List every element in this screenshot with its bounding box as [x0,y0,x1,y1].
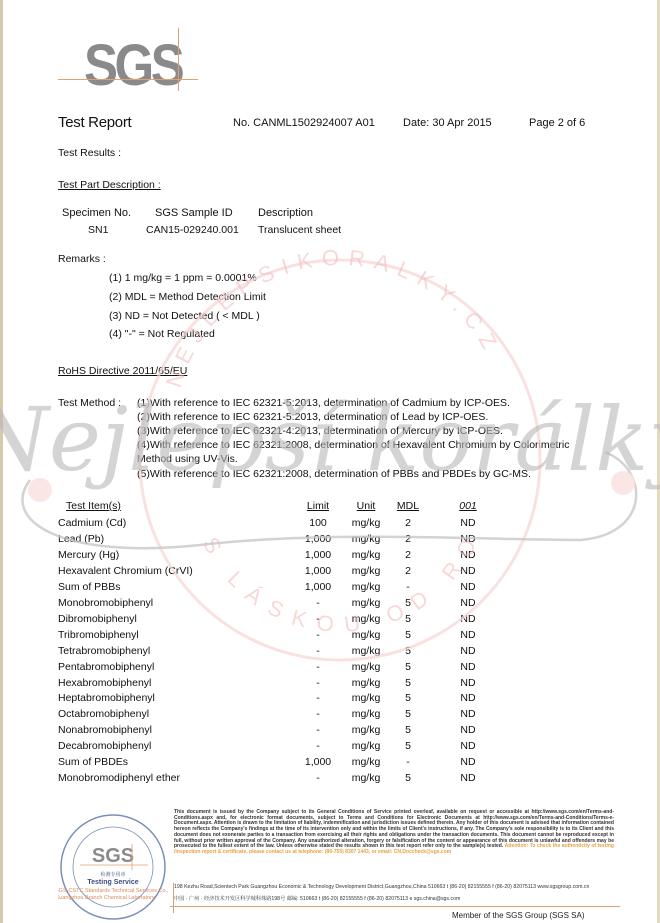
table-row: Monobromobiphenyl-mg/kg5ND [58,597,498,613]
test-item: Heptabromobiphenyl [58,692,155,704]
table-row: Hexavalent Chromium (CrVI)1,000mg/kg2ND [58,565,498,581]
specimen-header-id: SGS Sample ID [155,207,233,219]
limit-value: - [288,613,348,625]
result-value: ND [453,756,483,768]
limit-value: 1,000 [288,565,348,577]
testing-service-stamp: SGS 检测专用章 Testing Service SGS-CSTC Stand… [58,812,168,922]
limit-value: - [288,692,348,704]
test-method-line: (4)With reference to IEC 62321:2008, det… [137,439,569,451]
report-number: No. CANML1502924007 A01 [233,117,375,129]
mdl-value: 5 [393,692,423,704]
test-item: Sum of PBDEs [58,756,128,768]
test-item: Hexavalent Chromium (CrVI) [58,565,193,577]
remark-item: (1) 1 mg/kg = 1 ppm = 0.0001% [109,272,257,284]
svg-text:SGS: SGS [92,845,134,867]
limit-value: - [288,677,348,689]
test-item: Decabromobiphenyl [58,740,151,752]
unit-value: mg/kg [346,533,386,545]
svg-text:Testing Service: Testing Service [87,879,138,886]
limit-value: - [288,708,348,720]
mdl-value: 5 [393,613,423,625]
unit-value: mg/kg [346,597,386,609]
test-item: Tribromobiphenyl [58,629,139,641]
unit-value: mg/kg [346,613,386,625]
report-title: Test Report [58,114,131,131]
result-value: ND [453,597,483,609]
unit-value: mg/kg [346,677,386,689]
mdl-value: 2 [393,549,423,561]
specimen-header-description: Description [258,207,313,219]
result-value: ND [453,708,483,720]
result-value: ND [453,692,483,704]
page-edge-left [0,0,3,923]
limit-value: 1,000 [288,581,348,593]
table-row: Tribromobiphenyl-mg/kg5ND [58,629,498,645]
result-value: ND [453,581,483,593]
limit-value: - [288,645,348,657]
result-value: ND [453,613,483,625]
unit-value: mg/kg [346,581,386,593]
limit-value: - [288,661,348,673]
table-row: Pentabromobiphenyl-mg/kg5ND [58,661,498,677]
test-method-line: (5)With reference to IEC 62321:2008, det… [137,468,531,480]
mdl-value: 5 [393,597,423,609]
header-test-item: Test Item(s) [66,500,121,512]
sample-id: CAN15-029240.001 [146,224,239,236]
logo-rule-horizontal [58,79,198,80]
mdl-value: 2 [393,517,423,529]
remark-item: (4) "-" = Not Regulated [109,328,215,340]
test-item: Monobromobiphenyl [58,597,153,609]
limit-value: - [288,772,348,784]
table-row: Hexabromobiphenyl-mg/kg5ND [58,677,498,693]
unit-value: mg/kg [346,772,386,784]
mdl-value: 5 [393,724,423,736]
svg-text:检测专用章: 检测专用章 [100,871,125,878]
result-value: ND [453,533,483,545]
address-english: 198 Kezhu Road,Scientech Park Guangzhou … [174,884,589,890]
header-limit: Limit [288,500,348,512]
unit-value: mg/kg [346,645,386,657]
table-row: Decabromobiphenyl-mg/kg5ND [58,740,498,756]
remark-item: (2) MDL = Method Detection Limit [109,291,266,303]
test-method-line: (2)With reference to IEC 62321-5:2013, d… [137,411,488,423]
test-item: Pentabromobiphenyl [58,661,154,673]
table-row: Mercury (Hg)1,000mg/kg2ND [58,549,498,565]
table-row: Nonabromobiphenyl-mg/kg5ND [58,724,498,740]
footer-rule-horizontal [170,906,620,907]
result-value: ND [453,772,483,784]
result-value: ND [453,740,483,752]
mdl-value: 2 [393,565,423,577]
test-item: Lead (Pb) [58,533,104,545]
limit-value: - [288,740,348,752]
limit-value: - [288,629,348,641]
mdl-value: 5 [393,629,423,641]
unit-value: mg/kg [346,565,386,577]
legal-disclaimer: This document is issued by the Company s… [174,810,614,856]
mdl-value: 5 [393,708,423,720]
result-value: ND [453,517,483,529]
test-item: Tetrabromobiphenyl [58,645,150,657]
test-part-description-label: Test Part Description : [58,179,161,191]
mdl-value: 5 [393,772,423,784]
unit-value: mg/kg [346,517,386,529]
unit-value: mg/kg [346,708,386,720]
mdl-value: - [393,756,423,768]
table-row: Cadmium (Cd)100mg/kg2ND [58,517,498,533]
table-row: Dibromobiphenyl-mg/kg5ND [58,613,498,629]
limit-value: 100 [288,517,348,529]
mdl-value: 5 [393,677,423,689]
specimen-header-no: Specimen No. [62,207,131,219]
test-results-label: Test Results : [58,147,121,159]
table-row: Sum of PBBs1,000mg/kg-ND [58,581,498,597]
result-value: ND [453,677,483,689]
header-mdl: MDL [393,500,423,512]
unit-value: mg/kg [346,740,386,752]
result-value: ND [453,724,483,736]
unit-value: mg/kg [346,629,386,641]
mdl-value: 2 [393,533,423,545]
svg-text:SGS-CSTC Standards Technical S: SGS-CSTC Standards Technical Services Co… [58,888,168,894]
mdl-value: 5 [393,645,423,657]
sample-description: Translucent sheet [258,224,341,236]
logo-text: SGS [84,36,181,96]
table-row: Lead (Pb)1,000mg/kg2ND [58,533,498,549]
limit-value: - [288,597,348,609]
svg-text:Guangzhou Branch Chemical Labo: Guangzhou Branch Chemical Laboratory [58,895,155,901]
test-item: Octabromobiphenyl [58,708,149,720]
mdl-value: - [393,581,423,593]
test-item: Nonabromobiphenyl [58,724,152,736]
unit-value: mg/kg [346,549,386,561]
limit-value: 1,000 [288,549,348,561]
test-item: Monobromodiphenyl ether [58,772,180,784]
result-value: ND [453,629,483,641]
directive-heading: RoHS Directive 2011/65/EU [58,365,187,377]
result-value: ND [453,565,483,577]
table-row: Monobromodiphenyl ether-mg/kg5ND [58,772,498,788]
limit-value: 1,000 [288,756,348,768]
header-unit: Unit [346,500,386,512]
table-row: Octabromobiphenyl-mg/kg5ND [58,708,498,724]
result-value: ND [453,645,483,657]
unit-value: mg/kg [346,661,386,673]
test-item: Dibromobiphenyl [58,613,137,625]
specimen-no: SN1 [88,224,108,236]
test-item: Mercury (Hg) [58,549,119,561]
remark-item: (3) ND = Not Detected ( < MDL ) [109,310,260,322]
unit-value: mg/kg [346,756,386,768]
mdl-value: 5 [393,740,423,752]
test-method-line: Method using UV-Vis. [137,453,238,465]
test-item: Hexabromobiphenyl [58,677,151,689]
test-method-line: (1)With reference to IEC 62321-5:2013, d… [137,397,510,409]
unit-value: mg/kg [346,692,386,704]
test-item: Sum of PBBs [58,581,120,593]
mdl-value: 5 [393,661,423,673]
header-result-001: 001 [453,500,483,512]
remarks-label: Remarks : [58,253,106,265]
address-chinese: 中国 · 广州 · 经济技术开发区科学城科珠路198号 邮编: 510663 t… [174,895,460,902]
unit-value: mg/kg [346,724,386,736]
report-date: Date: 30 Apr 2015 [403,117,492,129]
result-value: ND [453,549,483,561]
limit-value: - [288,724,348,736]
test-item: Cadmium (Cd) [58,517,126,529]
limit-value: 1,000 [288,533,348,545]
test-method-label: Test Method : [58,397,121,409]
results-table-header: Test Item(s) Limit Unit MDL 001 [58,500,498,516]
table-row: Heptabromobiphenyl-mg/kg5ND [58,692,498,708]
sgs-group-membership: Member of the SGS Group (SGS SA) [452,911,585,920]
page-indicator: Page 2 of 6 [529,117,585,129]
sgs-logo: SGS [58,28,198,114]
table-row: Sum of PBDEs1,000mg/kg-ND [58,756,498,772]
result-value: ND [453,661,483,673]
table-row: Tetrabromobiphenyl-mg/kg5ND [58,645,498,661]
logo-rule-vertical [178,28,179,91]
test-method-line: (3)With reference to IEC 62321-4:2013, d… [137,425,503,437]
